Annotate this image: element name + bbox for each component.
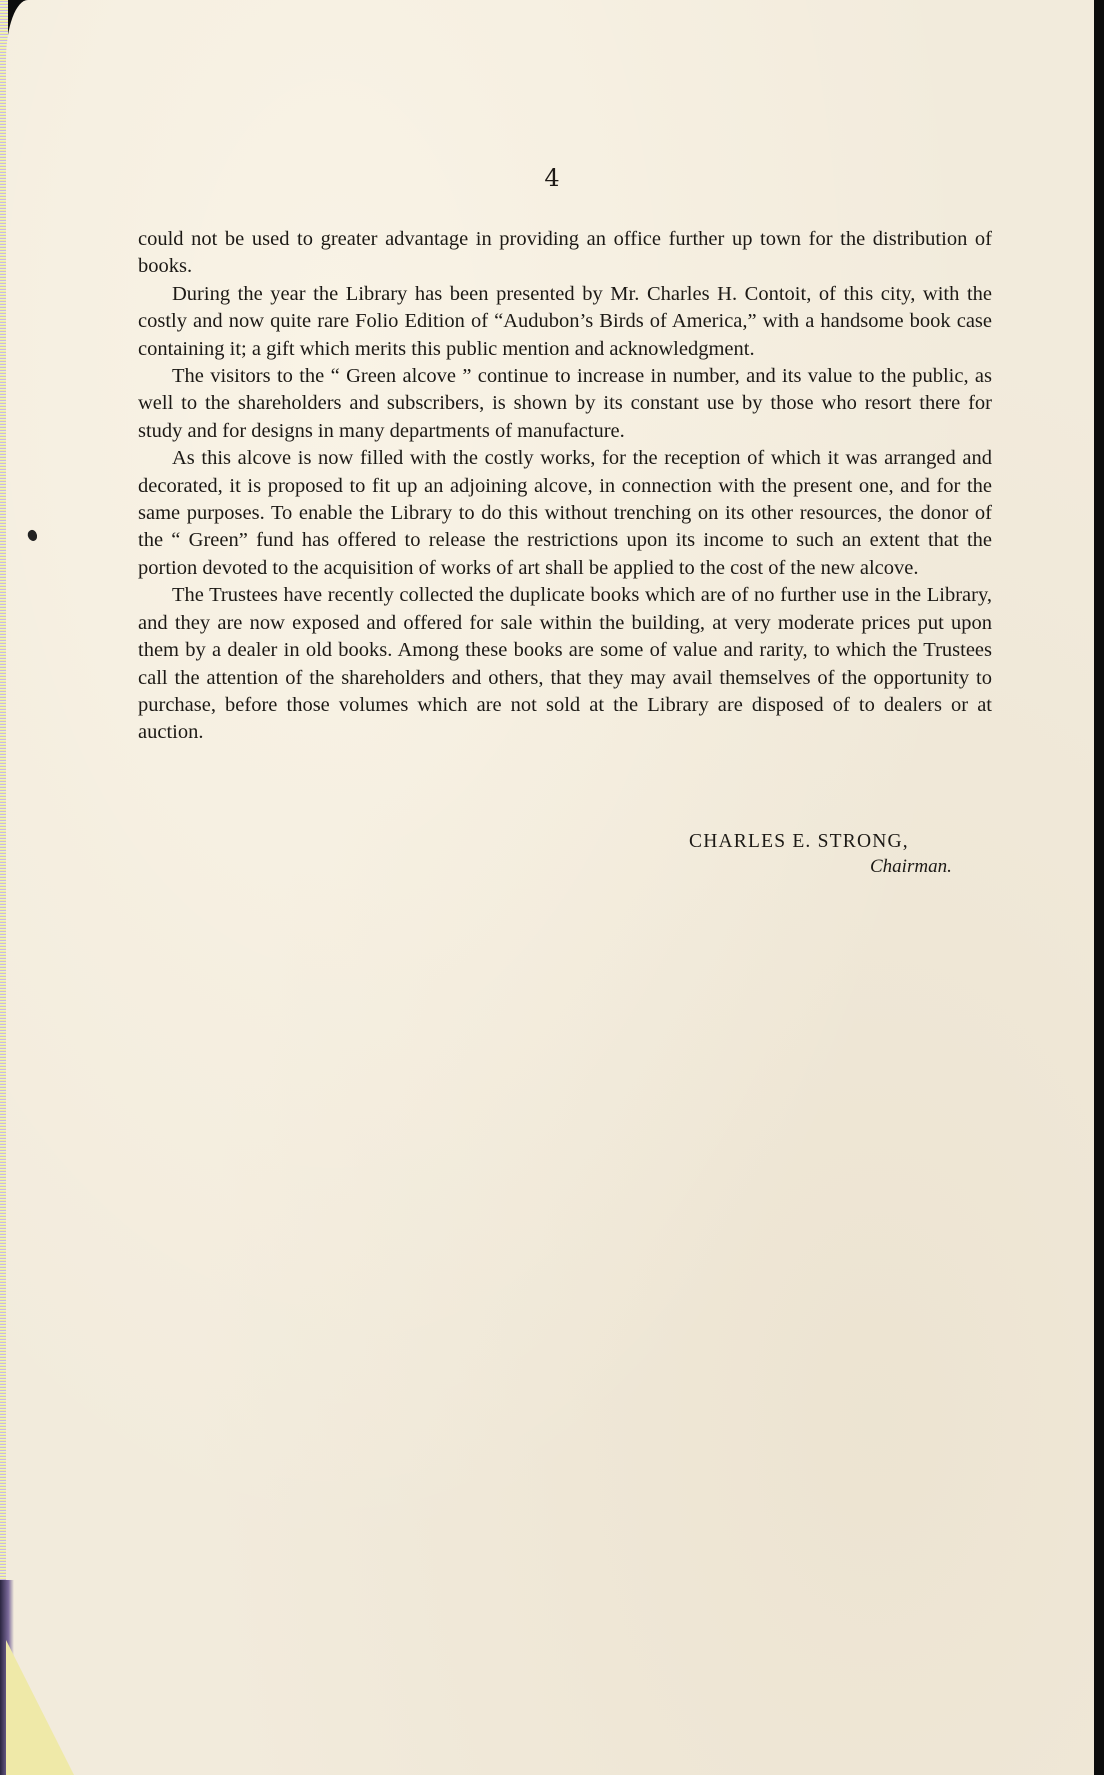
page-number: 4 — [0, 164, 1104, 192]
torn-page-corner — [6, 1640, 74, 1775]
paragraph-audubon-gift: During the year the Library has been pre… — [138, 281, 992, 363]
paragraph-new-alcove: As this alcove is now filled with the co… — [138, 445, 992, 582]
signature-title: Chairman. — [870, 856, 952, 878]
paragraph-duplicate-books: The Trustees have recently collected the… — [138, 582, 992, 746]
paragraph-green-alcove: The visitors to the “ Green alcove ” con… — [138, 363, 992, 445]
paragraph-continuation: could not be used to greater advantage i… — [138, 226, 992, 281]
body-text: could not be used to greater advantage i… — [138, 226, 992, 747]
signature-name: CHARLES E. STRONG, — [689, 831, 909, 853]
